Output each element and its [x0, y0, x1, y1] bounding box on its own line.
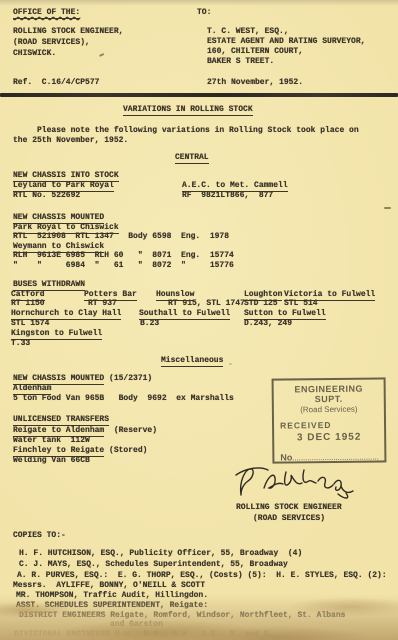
fleet-southall: B.23 — [140, 319, 159, 328]
recipient-line-4: BAKER S TREET. — [207, 57, 274, 66]
heading-misc-new-chassis-mounted: NEW CHASSIS MOUNTED (15/2371) — [13, 374, 152, 383]
recipient-line-1: T. C. WEST, ESQ., — [207, 27, 289, 36]
detail-food-van: 5 ton Food Van 965B Body 9692 ex Marshal… — [13, 394, 234, 403]
heading-new-chassis-into-stock: NEW CHASSIS INTO STOCK — [13, 171, 119, 180]
heading-text: NEW CHASSIS INTO STOCK — [13, 171, 119, 182]
fleet-hounslow: RT 915, STL 1747 — [168, 299, 245, 308]
scan-top-edge — [0, 0, 398, 6]
to-label: TO: — [197, 8, 211, 17]
route-reigate-aldenham: Reigate to Aldenham (Reserve) — [13, 426, 157, 435]
detail-rtl-522692: RTL No. 522692 — [13, 191, 80, 200]
fleet-sutton: D.243, 249 — [244, 319, 292, 328]
sender-line-2: (ROAD SERVICES), — [13, 38, 90, 47]
office-of-label: OFFICE OF THE: — [13, 8, 80, 17]
doc-title: VARIATIONS IN ROLLING STOCK — [123, 105, 253, 114]
copy-line: Messrs. AYLIFFE, BONNY, O'NEILL & SCOTT — [13, 581, 205, 590]
recipient-line-3: 160, CHILTERN COURT, — [207, 47, 303, 56]
detail-welding-van: Welding Van 66CB — [13, 456, 90, 465]
heading-buses-withdrawn: BUSES WITHDRAWN — [13, 280, 85, 289]
copy-line: ASST. SCHEDULES SUPERINTENDENT, Reigate: — [16, 601, 208, 610]
signature-scrawl — [233, 461, 361, 505]
stamp-office: ENGINEERING SUPT. — [280, 383, 378, 404]
section-heading-miscellaneous: Miscellaneous — [161, 356, 223, 365]
route-leyland-park-royal: Leyland to Park Royal — [13, 181, 114, 190]
detail-rf-chassis: RF 9821LT866, 877 — [182, 191, 273, 200]
heading-new-chassis-mounted: NEW CHASSIS MOUNTED — [13, 213, 104, 222]
heading-unlicensed-transfers: UNLICENSED TRANSFERS — [13, 415, 109, 424]
heading-text: BUSES WITHDRAWN — [13, 280, 85, 291]
detail-rlh-60: RLH 9613E 6985 RLH 60 " 8071 Eng. 15774 — [13, 251, 234, 260]
route-text: Aldenham — [13, 384, 51, 395]
intro-line-2: the 25th November, 1952. — [13, 136, 128, 145]
stamp-office-sub: (Road Services) — [280, 404, 378, 414]
copy-line: H. F. HUTCHISON, ESQ., Publicity Officer… — [19, 549, 302, 558]
ref-number: Ref. C.16/4/CP577 — [13, 78, 99, 87]
route-text: Finchley to Reigate — [13, 446, 104, 457]
fold-line — [0, 93, 398, 97]
heading-text: NEW CHASSIS MOUNTED — [13, 213, 104, 224]
fleet-potters-bar: RT 937 — [88, 299, 117, 308]
copy-line: MR. THOMPSON, Traffic Audit, Hillingdon. — [16, 591, 208, 600]
signatory-role-2: (ROAD SERVICES) — [253, 514, 325, 523]
heading-suffix: (15/2371) — [104, 374, 152, 383]
fleet-loughton: STD 125 — [244, 299, 278, 308]
route-text: A.E.C. to Met. Cammell — [182, 181, 288, 192]
fleet-catford: RT 1150 — [11, 299, 45, 308]
scan-artifact — [384, 207, 391, 209]
route-finchley-reigate: Finchley to Reigate (Stored) — [13, 446, 147, 455]
signature — [233, 461, 361, 505]
copy-line-continuation: and Garston — [110, 620, 163, 629]
central-heading-text: CENTRAL — [175, 153, 209, 164]
garage-text: Kingston to Fulwell — [11, 329, 102, 340]
copies-to-label: COPIES TO:- — [13, 531, 66, 540]
section-heading-central: CENTRAL — [175, 153, 209, 162]
route-text: Reigate to Aldenham — [13, 426, 104, 437]
intro-line-1: Please note the following variations in … — [37, 126, 359, 135]
sender-line-1: ROLLING STOCK ENGINEER, — [13, 27, 123, 36]
fleet-victoria-fulwell: STL 514 — [284, 299, 318, 308]
stamp-received-date: 3 DEC 1952 — [280, 431, 378, 443]
route-text: Leyland to Park Royal — [13, 181, 114, 192]
heading-text: UNLICENSED TRANSFERS — [13, 415, 109, 426]
route-note: (Reserve) — [104, 426, 157, 435]
fleet-kingston: T.33 — [11, 339, 30, 348]
copy-line: DIVISIONAL ENGINEERS N.W., N.E., S.W., S… — [14, 630, 273, 639]
detail-rtl-mounted: RTL 521908 RTL 1347 Body 6598 Eng. 1978 — [13, 232, 229, 241]
signatory-role-1: ROLLING STOCK ENGINEER — [236, 503, 342, 512]
received-stamp: ENGINEERING SUPT. (Road Services) RECEIV… — [272, 377, 387, 463]
scan-artifact — [229, 363, 232, 365]
doc-title-text: VARIATIONS IN ROLLING STOCK — [123, 105, 253, 116]
sender-line-3: CHISWICK. — [13, 49, 56, 58]
copy-line: C. J. MAYS, ESQ., Schedules Superintende… — [19, 560, 288, 569]
office-of-label-text: OFFICE OF THE: — [13, 8, 80, 19]
garage-sutton-fulwell: Sutton to Fulwell — [244, 309, 326, 320]
garage-kingston-fulwell: Kingston to Fulwell — [11, 329, 102, 338]
detail-water-tank: Water tank 112W — [13, 436, 90, 445]
route-aec-met-cammell: A.E.C. to Met. Cammell — [182, 181, 288, 190]
detail-rlh-61: " " 6984 " 61 " 8072 " 15776 — [13, 261, 234, 270]
scan-artifact — [99, 53, 104, 56]
route-weymann-chiswick: Weymann to Chiswick — [13, 242, 104, 251]
fleet-hornchurch: STL 1574 — [11, 319, 49, 328]
route-park-royal-chiswick: Park Royal to Chiswick — [13, 223, 119, 232]
garage-southall-fulwell: Southall to Fulwell — [139, 309, 230, 320]
letter-date: 27th November, 1952. — [207, 78, 303, 87]
misc-heading-text: Miscellaneous — [161, 356, 223, 367]
copy-line: A. R. PURVES, ESQ.: E. G. THORP, ESQ., (… — [17, 571, 387, 580]
stamp-received-label: RECEIVED — [280, 419, 378, 430]
heading-text: NEW CHASSIS MOUNTED — [13, 374, 104, 385]
garage-hornchurch-clay-hall: Hornchurch to Clay Hall — [11, 309, 121, 320]
scanned-memo-page: OFFICE OF THE: ROLLING STOCK ENGINEER, (… — [0, 0, 398, 640]
copy-line: DISTRICT ENGINEERS Reigate, Romford, Win… — [19, 611, 345, 620]
route-aldenham: Aldenham — [13, 384, 51, 393]
recipient-line-2: ESTATE AGENT AND RATING SURVEYOR, — [207, 37, 365, 46]
route-note: (Stored) — [104, 446, 147, 455]
